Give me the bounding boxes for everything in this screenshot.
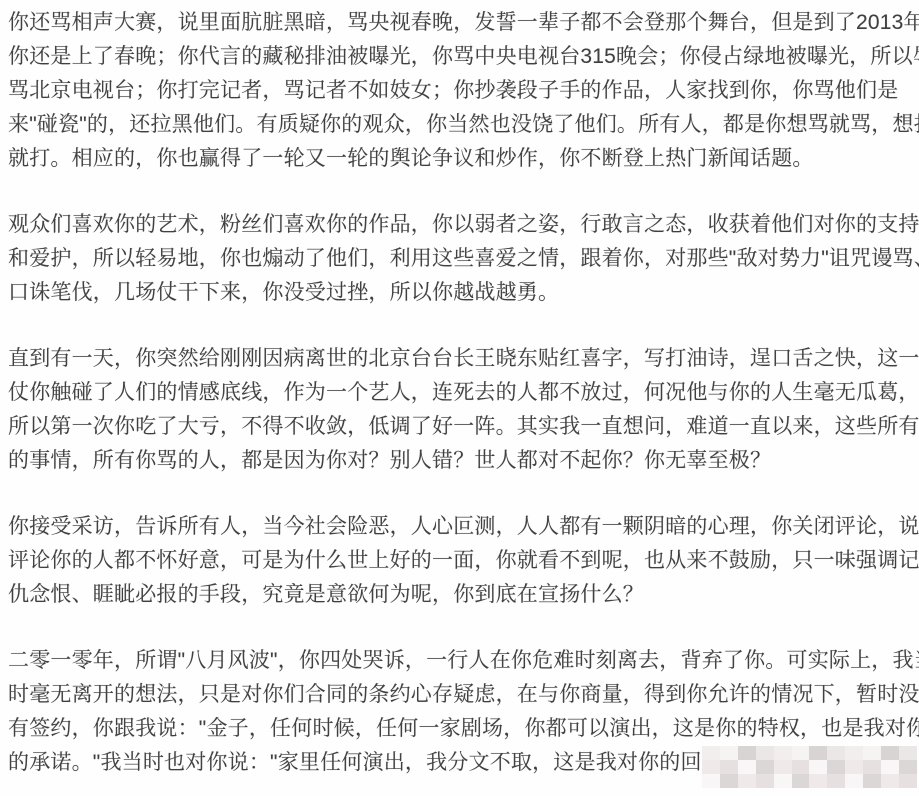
mosaic-block [792,760,810,774]
mosaic-block [720,760,738,774]
mosaic-block [809,746,827,760]
text-line: 和爱护，所以轻易地，你也煽动了他们，利用这些喜爱之情，跟着你，对那些"敌对势力"… [8,242,913,276]
text-line: 有签约，你跟我说："金子，任何时候，任何一家剧场，你都可以演出，这是你的特权，也… [8,712,913,746]
mosaic-block [738,760,756,774]
mosaic-block [756,760,774,774]
text-line: 你还是上了春晚；你代言的藏秘排油被曝光，你骂中央电视台315晚会；你侵占绿地被曝… [8,40,913,74]
mosaic-block [881,760,899,774]
mosaic-block [702,746,720,760]
mosaic-block [899,746,917,760]
mosaic-block [756,774,774,788]
mosaic-block [774,760,792,774]
text-line: 就打。相应的，你也赢得了一轮又一轮的舆论争议和炒作，你不断登上热门新闻话题。 [8,142,913,176]
mosaic-block [756,746,774,760]
page: { "page": { "background_color": "#fefefe… [0,0,919,796]
text-line: 你接受采访，告诉所有人，当今社会险恶，人心叵测，人人都有一颗阴暗的心理，你关闭评… [8,510,913,544]
mosaic-block [702,774,720,788]
mosaic-block [809,774,827,788]
text-line: 仗你触碰了人们的情感底线，作为一个艺人，连死去的人都不放过，何况他与你的人生毫无… [8,376,913,410]
mosaic-block [792,746,810,760]
mosaic-block [827,760,845,774]
censored-watermark [702,746,917,788]
mosaic-block [702,760,720,774]
paragraph: 观众们喜欢你的艺术，粉丝们喜欢你的作品，你以弱者之姿，行敢言之态，收获着他们对你… [8,208,913,310]
mosaic-block [774,746,792,760]
mosaic-block [899,774,917,788]
paragraph: 你接受采访，告诉所有人，当今社会险恶，人心叵测，人人都有一颗阴暗的心理，你关闭评… [8,510,913,612]
text-line: 评论你的人都不怀好意，可是为什么世上好的一面，你就看不到呢，也从来不鼓励，只一味… [8,544,913,578]
text-line: 时毫无离开的想法，只是对你们合同的条约心存疑虑，在与你商量，得到你允许的情况下，… [8,678,913,712]
text-line: 口诛笔伐，几场仗干下来，你没受过挫，所以你越战越勇。 [8,276,913,310]
mosaic-block [809,760,827,774]
text-line: 直到有一天，你突然给刚刚因病离世的北京台台长王晓东贴红喜字，写打油诗，逞口舌之快… [8,342,913,376]
text-line: 的事情，所有你骂的人，都是因为你对？别人错？世人都对不起你？你无辜至极？ [8,444,913,478]
mosaic-block [827,774,845,788]
paragraph: 直到有一天，你突然给刚刚因病离世的北京台台长王晓东贴红喜字，写打油诗，逞口舌之快… [8,342,913,478]
mosaic-block [881,774,899,788]
mosaic-block [845,746,863,760]
text-line: 骂北京电视台；你打完记者，骂记者不如妓女；你抄袭段子手的作品，人家找到你，你骂他… [8,74,913,108]
text-line: 观众们喜欢你的艺术，粉丝们喜欢你的作品，你以弱者之姿，行敢言之态，收获着他们对你… [8,208,913,242]
mosaic-block [774,774,792,788]
mosaic-block [863,774,881,788]
mosaic-block [738,746,756,760]
mosaic-block [738,774,756,788]
mosaic-block [881,746,899,760]
text-line: 你还骂相声大赛，说里面肮脏黑暗，骂央视春晚，发誓一辈子都不会登那个舞台，但是到了… [8,6,913,40]
text-line: 仇念恨、睚眦必报的手段，究竟是意欲何为呢，你到底在宣扬什么？ [8,578,913,612]
mosaic-block [720,774,738,788]
mosaic-block [827,746,845,760]
text-line: 来"碰瓷"的，还拉黑他们。有质疑你的观众，你当然也没饶了他们。所有人，都是你想骂… [8,108,913,142]
mosaic-block [863,760,881,774]
text-line: 二零一零年，所谓"八月风波"，你四处哭诉，一行人在你危难时刻离去，背弃了你。可实… [8,644,913,678]
mosaic-block [899,760,917,774]
paragraph: 你还骂相声大赛，说里面肮脏黑暗，骂央视春晚，发誓一辈子都不会登那个舞台，但是到了… [8,6,913,176]
mosaic-block [845,760,863,774]
text-line: 所以第一次你吃了大亏，不得不收敛，低调了好一阵。其实我一直想问，难道一直以来，这… [8,410,913,444]
mosaic-block [720,746,738,760]
mosaic-block [792,774,810,788]
article-text: 你还骂相声大赛，说里面肮脏黑暗，骂央视春晚，发誓一辈子都不会登那个舞台，但是到了… [0,0,919,780]
mosaic-block [863,746,881,760]
mosaic-block [845,774,863,788]
